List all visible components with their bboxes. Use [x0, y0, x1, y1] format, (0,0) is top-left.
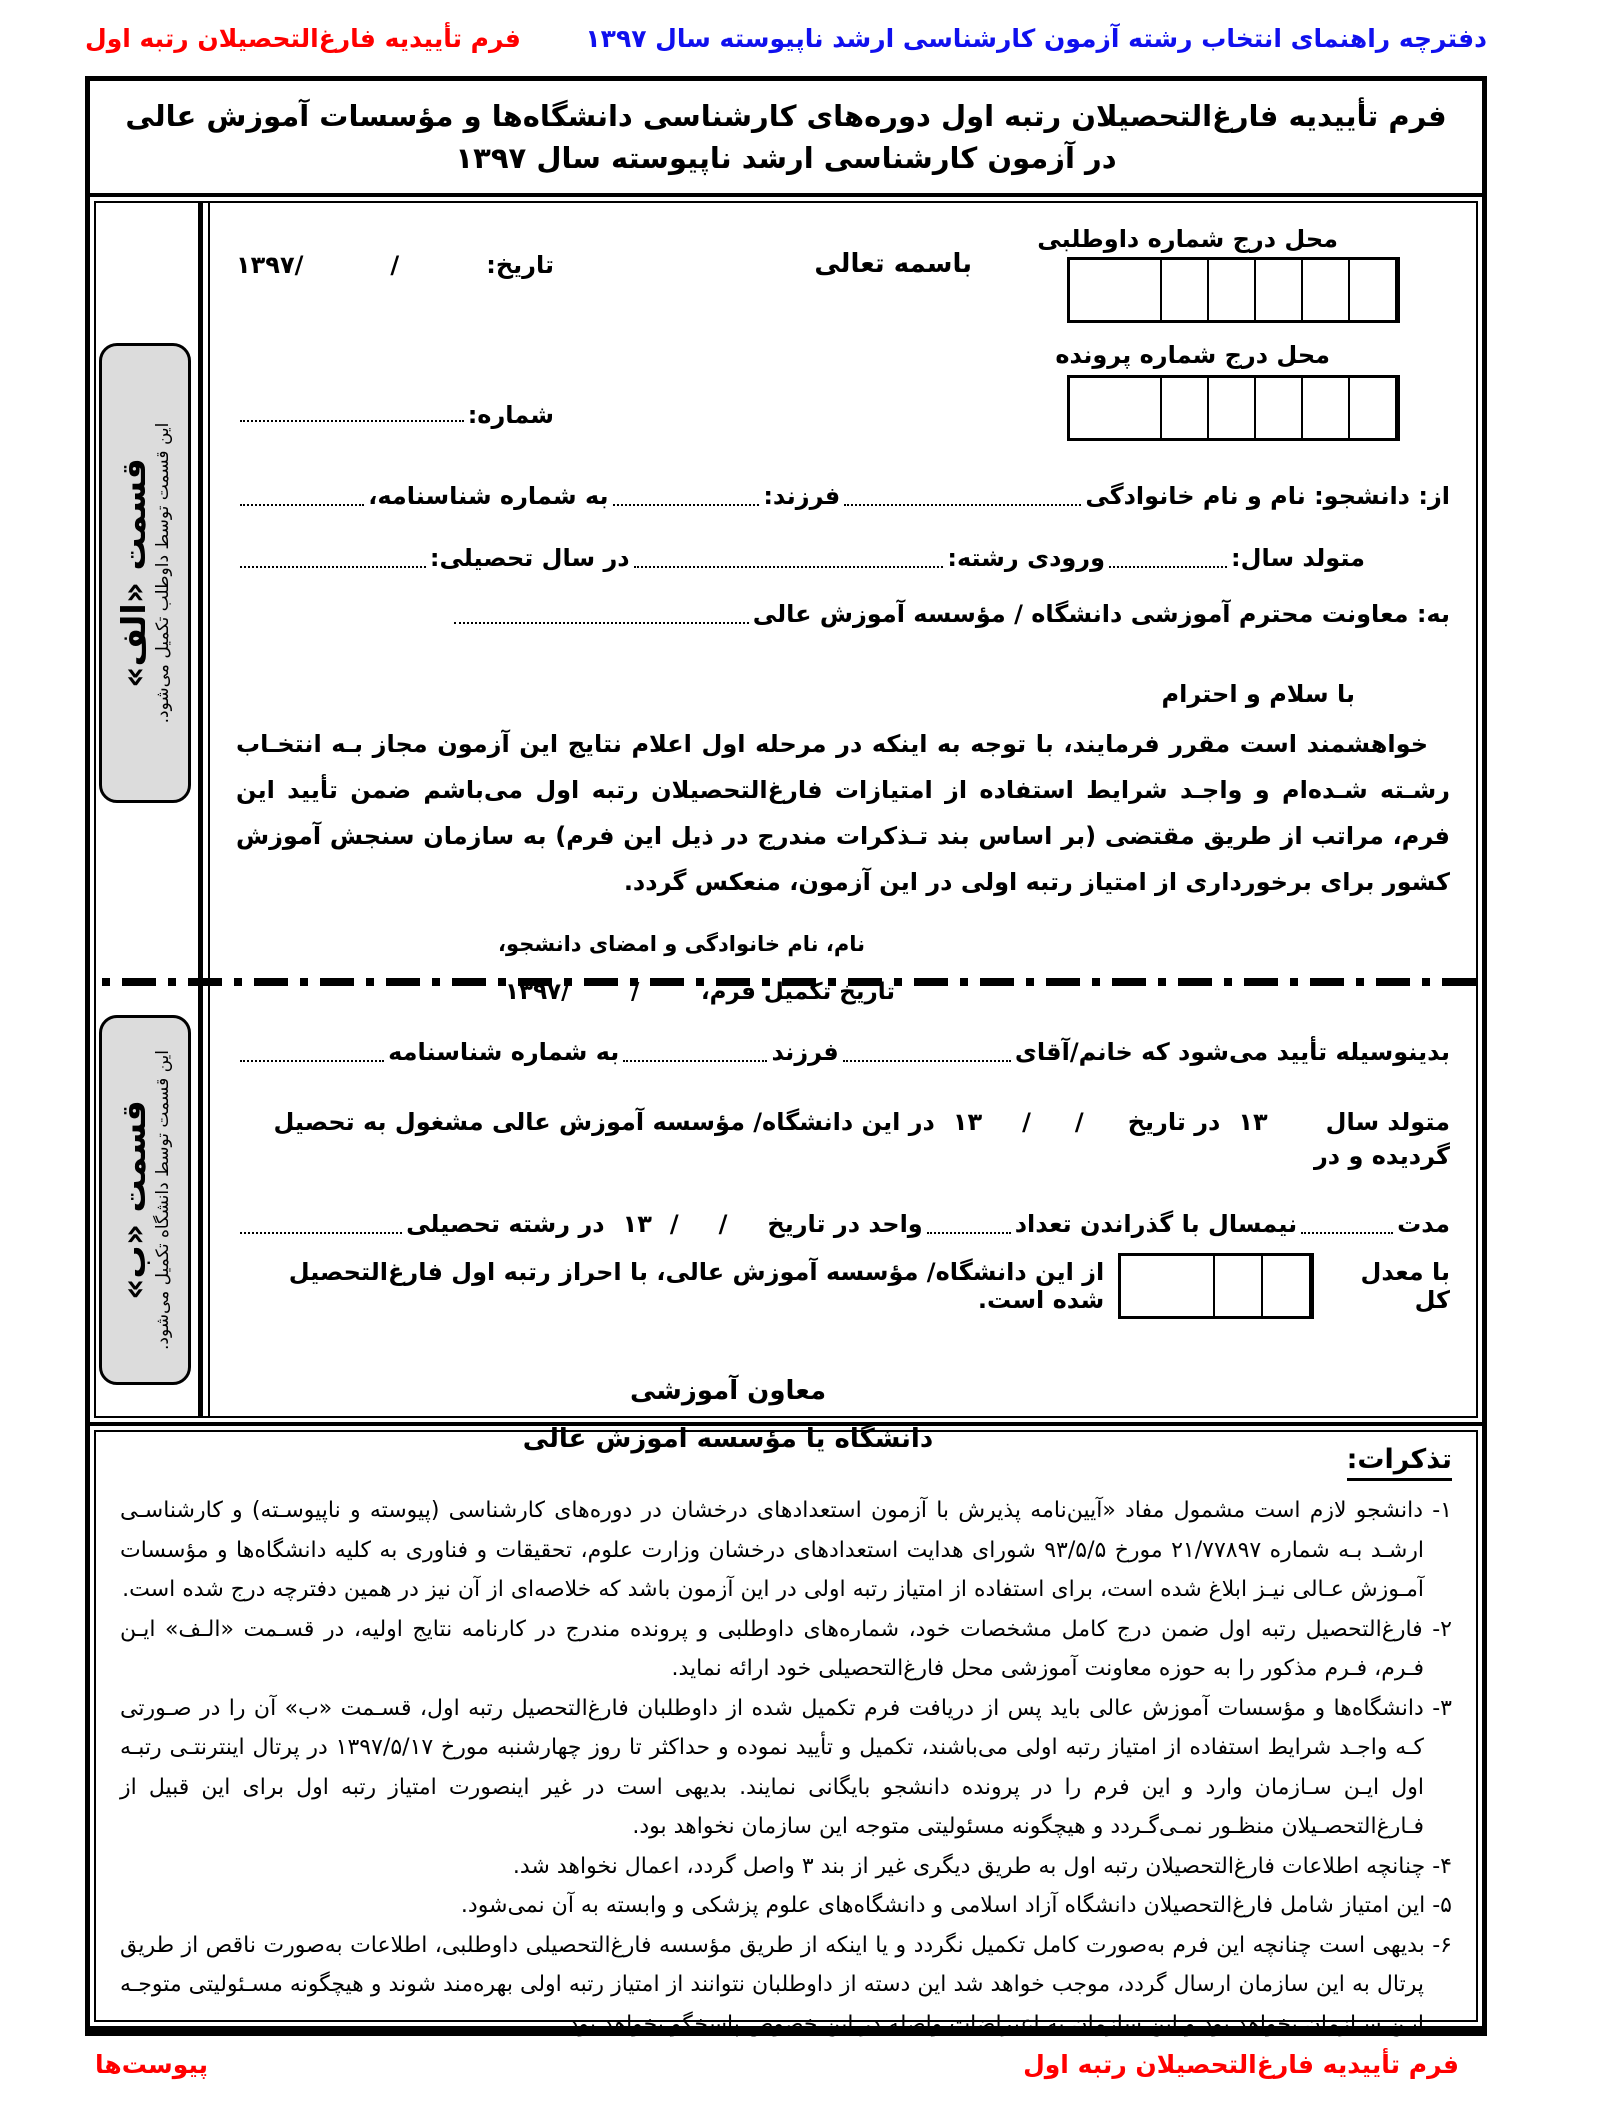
gpa-label: با معدل کل — [1328, 1258, 1450, 1314]
digit-cell — [1303, 260, 1350, 320]
confirm-label: بدینوسیله تأیید می‌شود که خانم/آقای — [1015, 1035, 1450, 1069]
confirmation-row: بدینوسیله تأیید می‌شود که خانم/آقای فرزن… — [236, 1035, 1450, 1069]
file-number-label: محل درج شماره پرونده — [1055, 341, 1330, 369]
part-b-note: این قسمت توسط دانشگاه تکمیل می‌شود. — [152, 1025, 174, 1375]
digit-cell — [1303, 378, 1350, 438]
request-paragraph: خواهشمند است مقرر فرمایند، با توجه به ای… — [236, 721, 1450, 905]
form-title-line2: در آزمون کارشناسی ارشد ناپیوسته سال ۱۳۹۷ — [455, 141, 1116, 175]
digit-cell — [1162, 378, 1209, 438]
dotted-field[interactable] — [843, 1060, 1011, 1062]
form-frame: فرم تأییدیه فارغ‌التحصیلان رتبه اول دوره… — [85, 76, 1487, 2036]
digit-cell — [1256, 378, 1303, 438]
digit-cell — [1209, 378, 1256, 438]
id-number-label: به شماره شناسنامه، — [368, 479, 608, 513]
form-title-box: فرم تأییدیه فارغ‌التحصیلان رتبه اول دوره… — [90, 81, 1482, 197]
student-signature-label: نام، نام خانوادگی و امضای دانشجو، — [236, 929, 1450, 959]
enrollment-rest: در این دانشگاه/ مؤسسه آموزش عالی مشغول ب… — [273, 1108, 1450, 1170]
salutation: با سلام و احترام — [236, 677, 1450, 711]
digit-cell — [1115, 378, 1162, 438]
letter-number-row: شماره: — [236, 401, 554, 429]
file-number-grid[interactable] — [1067, 375, 1400, 441]
units-date-label: واحد در تاریخ — [767, 1207, 922, 1241]
student-name-row: از: دانشجو: نام و نام خانوادگی فرزند: به… — [236, 479, 1450, 513]
part-a-badge: قسمت «الف» این قسمت توسط داوطلب تکمیل می… — [99, 343, 191, 803]
note-item-5: ۵- این امتیاز شامل فارغ‌التحصیلان دانشگا… — [120, 1886, 1452, 1926]
dotted-field[interactable] — [623, 1060, 767, 1062]
from-student-label: از: دانشجو: — [1314, 479, 1450, 513]
dotted-field[interactable] — [240, 504, 364, 506]
date-slash: / — [670, 1207, 679, 1241]
note-item-4: ۴- چنانچه اطلاعات فارغ‌التحصیلان رتبه او… — [120, 1847, 1452, 1887]
digit-cell — [1256, 260, 1303, 320]
digit-cell — [1115, 260, 1162, 320]
notes-section: تذکرات: ۱- دانشجو لازم است مشمول مفاد «آ… — [90, 1426, 1482, 2026]
form-title-line1: فرم تأییدیه فارغ‌التحصیلان رتبه اول دوره… — [125, 99, 1446, 133]
note-item-6: ۶- بدیهی است چنانچه این فرم به‌صورت کامل… — [120, 1926, 1452, 2045]
date-slash: / — [1022, 1108, 1031, 1136]
booklet-title: دفترچه راهنمای انتخاب رشته آزمون کارشناس… — [585, 24, 1487, 53]
note-item-2: ۲- فارغ‌التحصیل رتبه اول ضمن درج کامل مش… — [120, 1610, 1452, 1689]
gpa-row: با معدل کل از این دانشگاه/ مؤسسه آموزش ع… — [236, 1253, 1450, 1319]
gpa-statement: از این دانشگاه/ مؤسسه آموزش عالی، با احر… — [236, 1258, 1104, 1314]
part-a-header: محل درج شماره داوطلبی باسمه تعالی تاریخ:… — [236, 203, 1450, 471]
dotted-field[interactable] — [844, 504, 1081, 506]
part-a-note: این قسمت توسط داوطلب تکمیل می‌شود. — [152, 353, 174, 793]
date-slash: / — [1075, 1108, 1084, 1136]
signer-title: معاون آموزشی — [518, 1367, 938, 1415]
dotted-field[interactable] — [634, 566, 944, 568]
birth-year-label: متولد سال: — [1231, 541, 1365, 575]
child-of-label: فرزند — [771, 1035, 838, 1069]
digit-cell — [1350, 260, 1397, 320]
gpa-grid[interactable] — [1118, 1253, 1314, 1319]
part-b-title: قسمت «ب» — [116, 1025, 152, 1375]
appendix-label: پیوست‌ها — [95, 2050, 208, 2079]
year-13-prefix: ۱۳ — [1238, 1108, 1267, 1136]
main-form-section: محل درج شماره داوطلبی باسمه تعالی تاریخ:… — [90, 197, 1482, 1426]
addressee-label: به: معاونت محترم آموزشی دانشگاه / مؤسسه … — [753, 597, 1450, 631]
digit-cell — [1162, 260, 1209, 320]
candidate-number-label: محل درج شماره داوطلبی — [1037, 225, 1338, 253]
dotted-field[interactable] — [240, 1232, 402, 1234]
dotted-field[interactable] — [454, 622, 749, 624]
digit-cell — [1167, 1256, 1215, 1316]
date-row: تاریخ: / /۱۳۹۷ — [236, 251, 554, 279]
form-title-head: فرم تأییدیه فارغ‌التحصیلان رتبه اول — [85, 24, 521, 53]
digit-cell — [1209, 260, 1256, 320]
part-b-badge: قسمت «ب» این قسمت توسط دانشگاه تکمیل می‌… — [99, 1015, 191, 1385]
date-slash: / — [390, 251, 399, 279]
year-13-prefix: ۱۳ — [953, 1108, 982, 1136]
note-item-3: ۳- دانشگاه‌ها و مؤسسات آموزش عالی باید پ… — [120, 1689, 1452, 1847]
digit-cell — [1350, 378, 1397, 438]
digit-cell — [1070, 378, 1115, 438]
date-year: /۱۳۹۷ — [236, 251, 303, 279]
dotted-field[interactable] — [1301, 1232, 1393, 1234]
date-slash: / — [719, 1207, 728, 1241]
note-item-1: ۱- دانشجو لازم است مشمول مفاد «آیین‌نامه… — [120, 1491, 1452, 1610]
date-label: تاریخ: — [486, 251, 554, 279]
letter-number-label: شماره: — [468, 401, 554, 429]
dotted-field[interactable] — [927, 1232, 1011, 1234]
notes-title: تذکرات: — [1347, 1444, 1452, 1481]
academic-year-label: در سال تحصیلی: — [430, 541, 630, 575]
fullname-label: نام و نام خانوادگی — [1085, 479, 1305, 513]
duration-row: مدت نیمسال با گذراندن تعداد واحد در تاری… — [236, 1207, 1450, 1241]
section-sidebar: قسمت «الف» این قسمت توسط داوطلب تکمیل می… — [96, 203, 198, 1416]
study-field-label: در رشته تحصیلی — [406, 1207, 604, 1241]
basmala: باسمه تعالی — [814, 249, 972, 279]
candidate-number-grid[interactable] — [1067, 257, 1400, 323]
birth-entry-row: متولد سال: ورودی رشته: در سال تحصیلی: — [236, 541, 1450, 575]
entry-field-label: ورودی رشته: — [947, 541, 1105, 575]
on-date-label: در تاریخ — [1128, 1108, 1221, 1136]
digit-cell — [1121, 1256, 1167, 1316]
form-title-foot: فرم تأییدیه فارغ‌التحصیلان رتبه اول — [1023, 2050, 1459, 2079]
dotted-field[interactable] — [240, 1060, 384, 1062]
id-number-label: به شماره شناسنامه — [388, 1035, 619, 1069]
dotted-field[interactable] — [240, 420, 464, 422]
dotted-field[interactable] — [1109, 566, 1227, 568]
digit-cell — [1070, 260, 1115, 320]
child-of-label: فرزند: — [763, 479, 840, 513]
birth-year-label: متولد سال — [1326, 1108, 1450, 1136]
dotted-field[interactable] — [613, 504, 760, 506]
digit-cell — [1263, 1256, 1311, 1316]
addressee-row: به: معاونت محترم آموزشی دانشگاه / مؤسسه … — [236, 597, 1450, 631]
semesters-label: نیمسال با گذراندن تعداد — [1015, 1207, 1297, 1241]
part-separator-line — [96, 978, 1476, 986]
dotted-field[interactable] — [240, 566, 426, 568]
year-13-prefix: ۱۳ — [623, 1207, 652, 1241]
duration-label: مدت — [1397, 1207, 1450, 1241]
sidebar-divider — [198, 203, 210, 1416]
enrollment-row: متولد سال۱۳در تاریخ//۱۳در این دانشگاه/ م… — [236, 1105, 1450, 1173]
form-content: محل درج شماره داوطلبی باسمه تعالی تاریخ:… — [210, 203, 1476, 1416]
running-head-bottom: فرم تأییدیه فارغ‌التحصیلان رتبه اول پیوس… — [85, 2050, 1487, 2079]
part-a-title: قسمت «الف» — [116, 353, 152, 793]
running-head-top: دفترچه راهنمای انتخاب رشته آزمون کارشناس… — [85, 24, 1487, 53]
digit-cell — [1215, 1256, 1263, 1316]
